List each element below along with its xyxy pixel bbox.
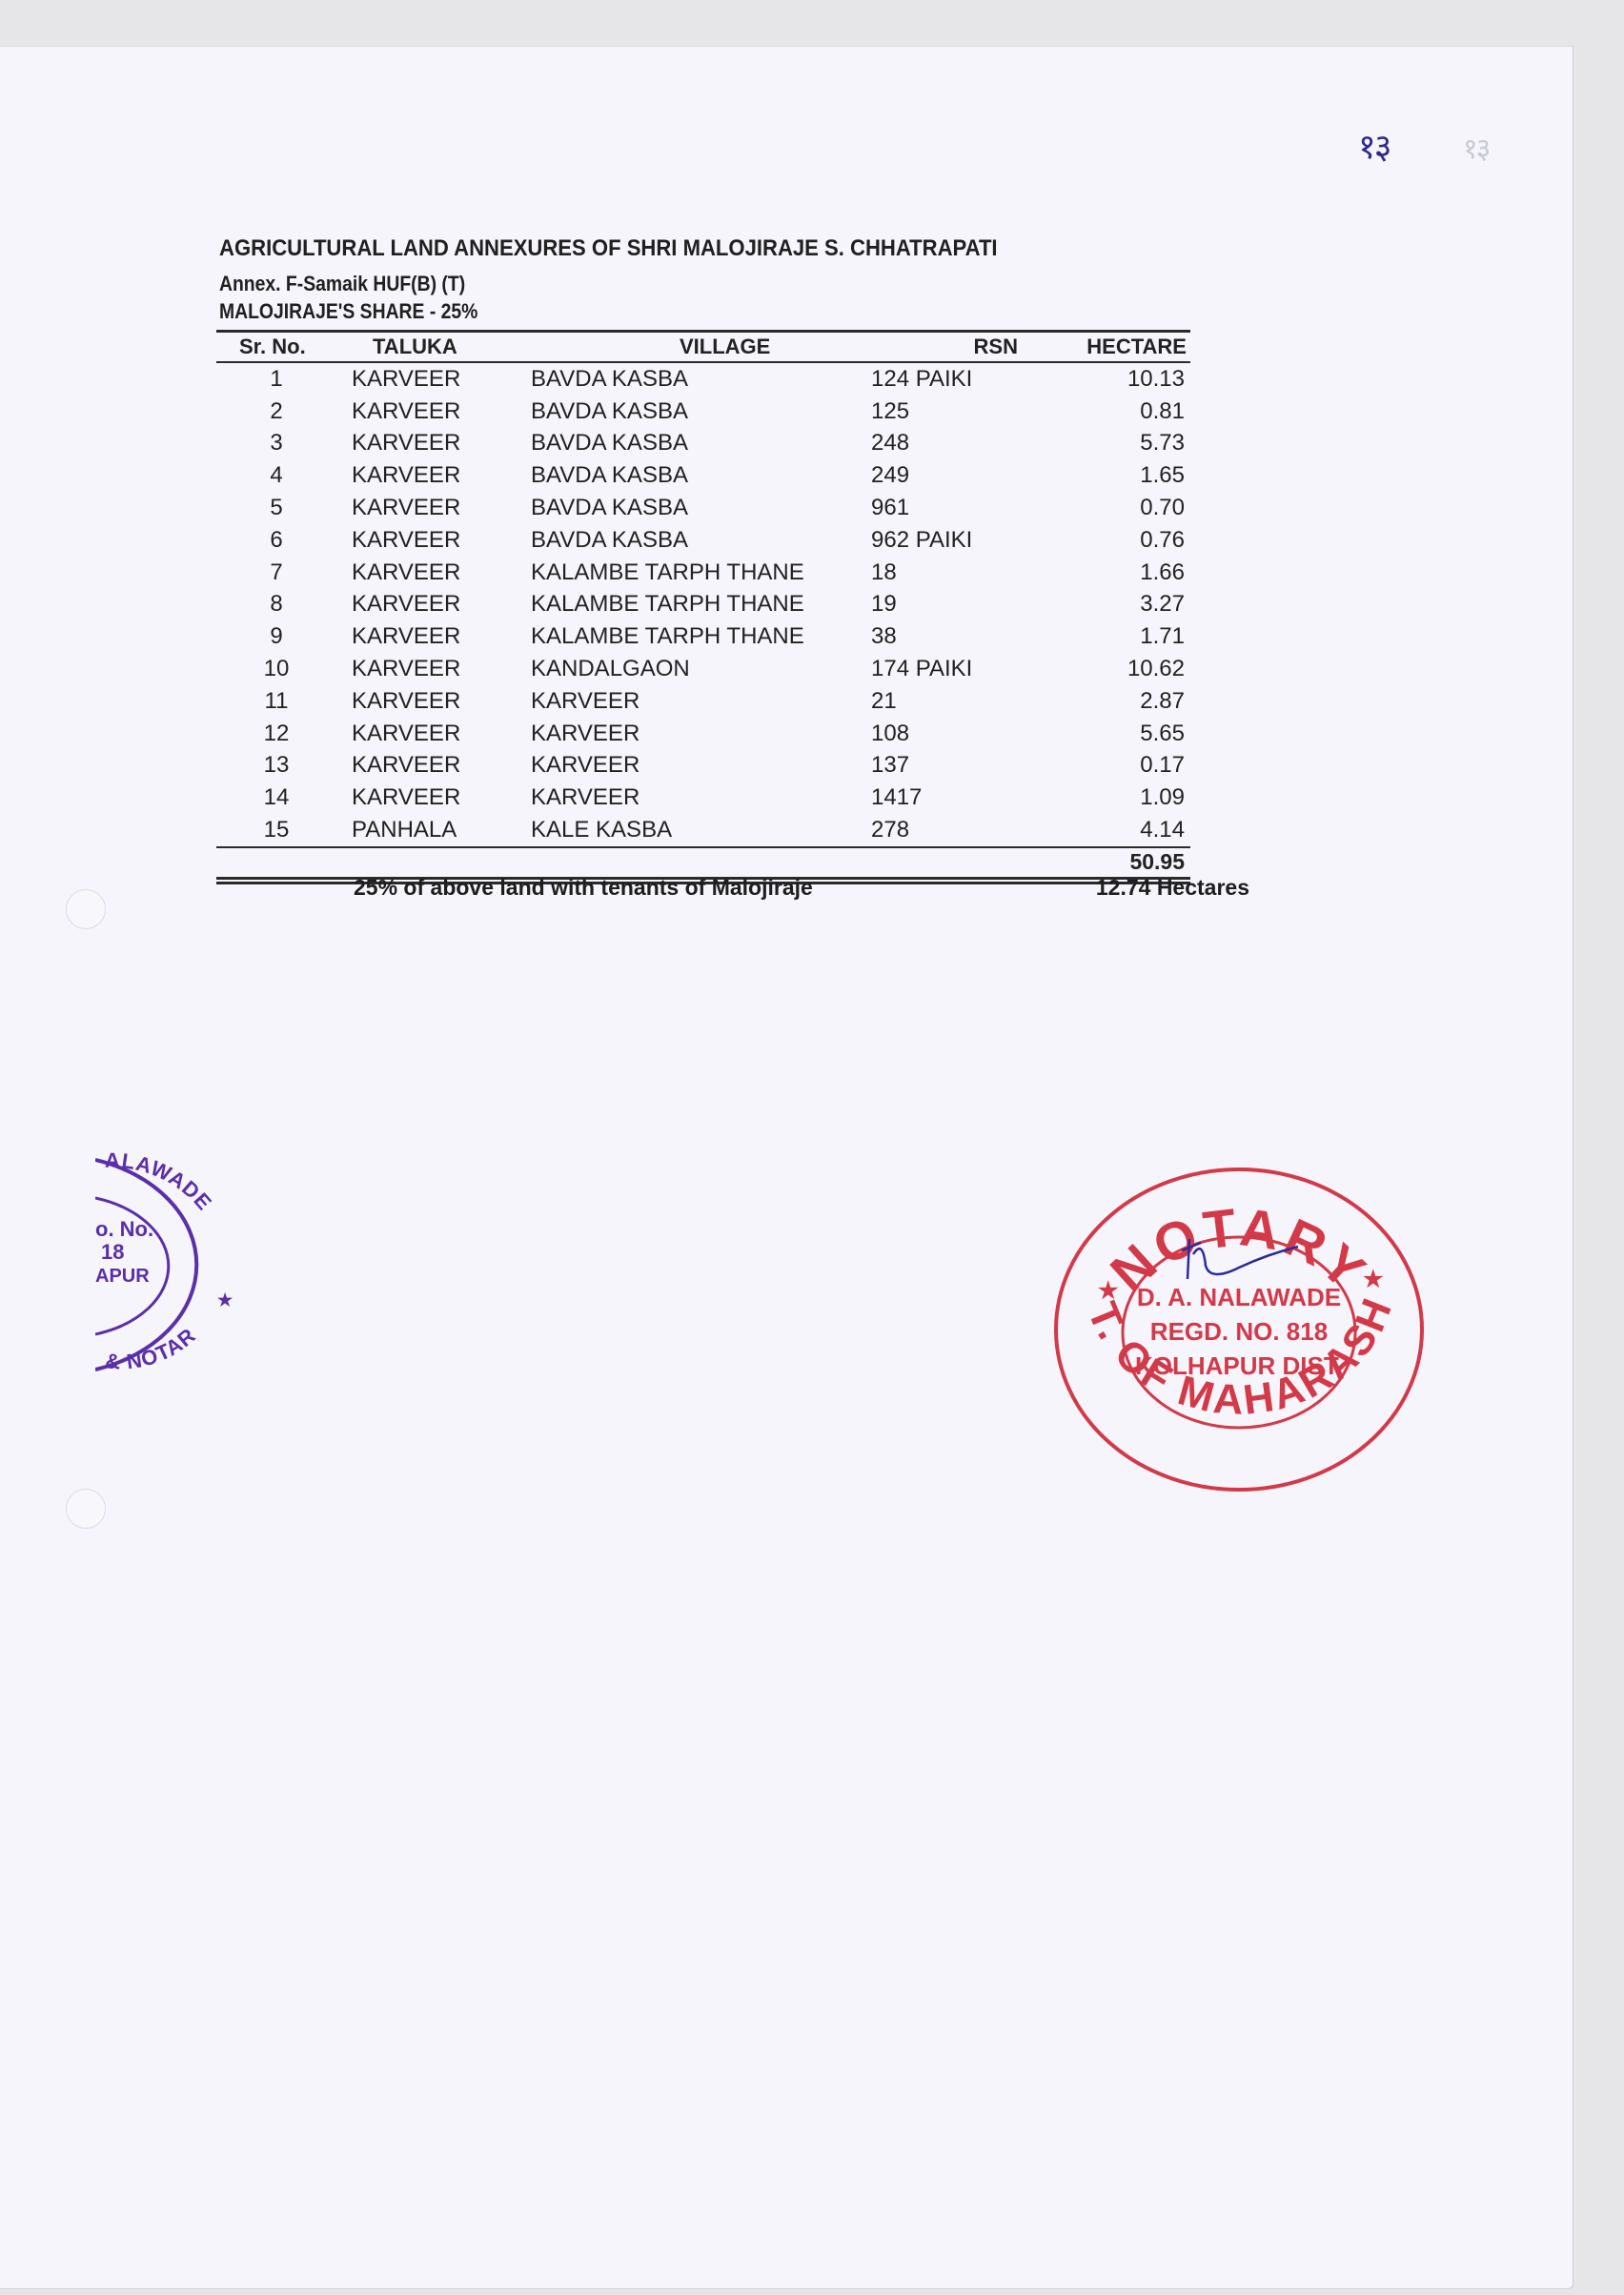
cell-village: KARVEER xyxy=(531,721,871,747)
cell-sr-no: 8 xyxy=(216,591,336,618)
cell-village: KANDALGAON xyxy=(531,656,871,682)
cell-sr-no: 12 xyxy=(216,721,336,747)
cell-taluka: KARVEER xyxy=(352,784,531,811)
table-row: 5KARVEERBAVDA KASBA9610.70 xyxy=(216,492,1190,524)
cell-village: KALAMBE TARPH THANE xyxy=(531,623,871,650)
cell-village: BAVDA KASBA xyxy=(531,495,871,521)
summary-value: 12.74 Hectares xyxy=(1096,875,1249,901)
cell-rsn: 278 xyxy=(871,817,1014,843)
cell-village: BAVDA KASBA xyxy=(531,398,871,425)
cell-hectare: 5.73 xyxy=(1014,430,1190,457)
cell-village: KARVEER xyxy=(531,752,871,779)
cell-taluka: KARVEER xyxy=(352,366,531,393)
cell-village: KALAMBE TARPH THANE xyxy=(531,559,871,586)
cell-rsn: 248 xyxy=(871,430,1014,457)
cell-sr-no: 3 xyxy=(216,430,336,457)
partial-stamp-line3: APUR xyxy=(95,1266,150,1287)
table-row: 8KARVEERKALAMBE TARPH THANE193.27 xyxy=(216,589,1190,621)
cell-village: KALAMBE TARPH THANE xyxy=(531,591,871,618)
table-row: 12KARVEERKARVEER1085.65 xyxy=(216,718,1190,750)
partial-stamp-line1: o. No. xyxy=(95,1217,153,1241)
header-hectare: HECTARE xyxy=(1025,335,1190,359)
cell-sr-no: 13 xyxy=(216,752,336,779)
cell-taluka: KARVEER xyxy=(352,559,531,586)
cell-taluka: KARVEER xyxy=(352,623,531,650)
total-hectare: 50.95 xyxy=(216,849,1190,875)
table-row: 15PANHALAKALE KASBA2784.14 xyxy=(216,814,1190,846)
table-row: 9KARVEERKALAMBE TARPH THANE381.71 xyxy=(216,620,1190,653)
total-row: 50.95 xyxy=(216,848,1190,877)
cell-hectare: 1.71 xyxy=(1014,623,1190,650)
cell-sr-no: 5 xyxy=(216,495,336,521)
cell-taluka: KARVEER xyxy=(352,721,531,747)
cell-taluka: KARVEER xyxy=(352,656,531,682)
cell-rsn: 38 xyxy=(871,623,1014,650)
cell-rsn: 137 xyxy=(871,752,1014,779)
cell-sr-no: 2 xyxy=(216,398,336,425)
cell-hectare: 2.87 xyxy=(1014,688,1190,715)
punch-hole xyxy=(66,1489,106,1529)
cell-sr-no: 6 xyxy=(216,527,336,554)
cell-taluka: KARVEER xyxy=(352,752,531,779)
cell-hectare: 5.65 xyxy=(1014,721,1190,747)
ghost-page-number: १३ xyxy=(1463,128,1489,167)
annex-subtitle: Annex. F-Samaik HUF(B) (T) xyxy=(219,272,465,296)
cell-sr-no: 1 xyxy=(216,366,336,393)
notary-stamp: NOTARY GOVT. OF MAHARASHTRA D. A. NALAWA… xyxy=(1048,1163,1430,1496)
cell-sr-no: 11 xyxy=(216,688,336,715)
cell-rsn: 21 xyxy=(871,688,1014,715)
table-header-row: Sr. No. TALUKA VILLAGE RSN HECTARE xyxy=(216,333,1190,361)
cell-rsn: 962 PAIKI xyxy=(871,527,1014,554)
cell-hectare: 1.09 xyxy=(1014,784,1190,811)
cell-village: BAVDA KASBA xyxy=(531,430,871,457)
cell-rsn: 249 xyxy=(871,462,1014,489)
cell-taluka: KARVEER xyxy=(352,495,531,521)
handwritten-page-number: १३ xyxy=(1358,122,1390,169)
cell-hectare: 1.65 xyxy=(1014,462,1190,489)
cell-hectare: 0.81 xyxy=(1014,398,1190,425)
cell-taluka: PANHALA xyxy=(352,817,531,843)
cell-hectare: 10.62 xyxy=(1014,656,1190,682)
cell-sr-no: 7 xyxy=(216,559,336,586)
share-line: MALOJIRAJE'S SHARE - 25% xyxy=(219,299,477,324)
table-row: 4KARVEERBAVDA KASBA2491.65 xyxy=(216,459,1190,492)
cell-taluka: KARVEER xyxy=(352,688,531,715)
cell-taluka: KARVEER xyxy=(352,591,531,618)
cell-village: BAVDA KASBA xyxy=(531,462,871,489)
stamp-district: KOLHAPUR DIST. xyxy=(1135,1351,1343,1380)
cell-hectare: 0.17 xyxy=(1014,752,1190,779)
cell-sr-no: 4 xyxy=(216,462,336,489)
cell-rsn: 19 xyxy=(871,591,1014,618)
table-row: 3KARVEERBAVDA KASBA2485.73 xyxy=(216,428,1190,460)
table-row: 14KARVEERKARVEER14171.09 xyxy=(216,782,1190,814)
cell-hectare: 10.13 xyxy=(1014,366,1190,393)
cell-hectare: 0.76 xyxy=(1014,527,1190,554)
table-row: 6KARVEERBAVDA KASBA962 PAIKI0.76 xyxy=(216,524,1190,557)
table-row: 11KARVEERKARVEER212.87 xyxy=(216,685,1190,718)
cell-taluka: KARVEER xyxy=(352,398,531,425)
cell-hectare: 0.70 xyxy=(1014,495,1190,521)
cell-rsn: 174 PAIKI xyxy=(871,656,1014,682)
partial-stamp-line2: 18 xyxy=(101,1240,124,1264)
star-icon: ★ xyxy=(217,1290,233,1310)
cell-rsn: 1417 xyxy=(871,784,1014,811)
cell-taluka: KARVEER xyxy=(352,527,531,554)
table-row: 1KARVEERBAVDA KASBA124 PAIKI10.13 xyxy=(216,363,1190,396)
summary-label: 25% of above land with tenants of Maloji… xyxy=(354,875,813,901)
cell-sr-no: 9 xyxy=(216,623,336,650)
header-sr-no: Sr. No. xyxy=(216,335,336,359)
cell-sr-no: 10 xyxy=(216,656,336,682)
cell-rsn: 124 PAIKI xyxy=(871,366,1014,393)
cell-rsn: 18 xyxy=(871,559,1014,586)
cell-village: KARVEER xyxy=(531,688,871,715)
table-body: 1KARVEERBAVDA KASBA124 PAIKI10.132KARVEE… xyxy=(216,363,1190,846)
cell-village: KALE KASBA xyxy=(531,817,871,843)
cell-hectare: 4.14 xyxy=(1014,817,1190,843)
cell-rsn: 108 xyxy=(871,721,1014,747)
cell-taluka: KARVEER xyxy=(352,462,531,489)
cell-village: BAVDA KASBA xyxy=(531,527,871,554)
cell-rsn: 961 xyxy=(871,495,1014,521)
header-rsn: RSN xyxy=(906,335,1025,359)
table-row: 2KARVEERBAVDA KASBA1250.81 xyxy=(216,396,1190,428)
summary-line: 25% of above land with tenants of Maloji… xyxy=(354,875,1249,901)
cell-rsn: 125 xyxy=(871,398,1014,425)
stamp-name: D. A. NALAWADE xyxy=(1137,1283,1341,1311)
star-icon: ★ xyxy=(1098,1278,1119,1304)
cell-sr-no: 14 xyxy=(216,784,336,811)
header-village: VILLAGE xyxy=(611,335,906,359)
land-table: Sr. No. TALUKA VILLAGE RSN HECTARE 1KARV… xyxy=(216,330,1190,884)
star-icon: ★ xyxy=(1363,1267,1384,1292)
cell-sr-no: 15 xyxy=(216,817,336,843)
cell-hectare: 1.66 xyxy=(1014,559,1190,586)
cell-village: BAVDA KASBA xyxy=(531,366,871,393)
cell-hectare: 3.27 xyxy=(1014,591,1190,618)
cell-village: KARVEER xyxy=(531,784,871,811)
table-row: 7KARVEERKALAMBE TARPH THANE181.66 xyxy=(216,557,1190,589)
header-taluka: TALUKA xyxy=(336,335,611,359)
punch-hole xyxy=(66,889,106,929)
stamp-reg-no: REGD. NO. 818 xyxy=(1150,1317,1328,1346)
document-title: AGRICULTURAL LAND ANNEXURES OF SHRI MALO… xyxy=(219,235,998,262)
table-row: 10KARVEERKANDALGAON174 PAIKI10.62 xyxy=(216,653,1190,685)
table-row: 13KARVEERKARVEER1370.17 xyxy=(216,750,1190,782)
cell-taluka: KARVEER xyxy=(352,430,531,457)
partial-notary-stamp: ALAWADE & NOTARY o. No. 18 APUR ★ xyxy=(95,1139,248,1377)
